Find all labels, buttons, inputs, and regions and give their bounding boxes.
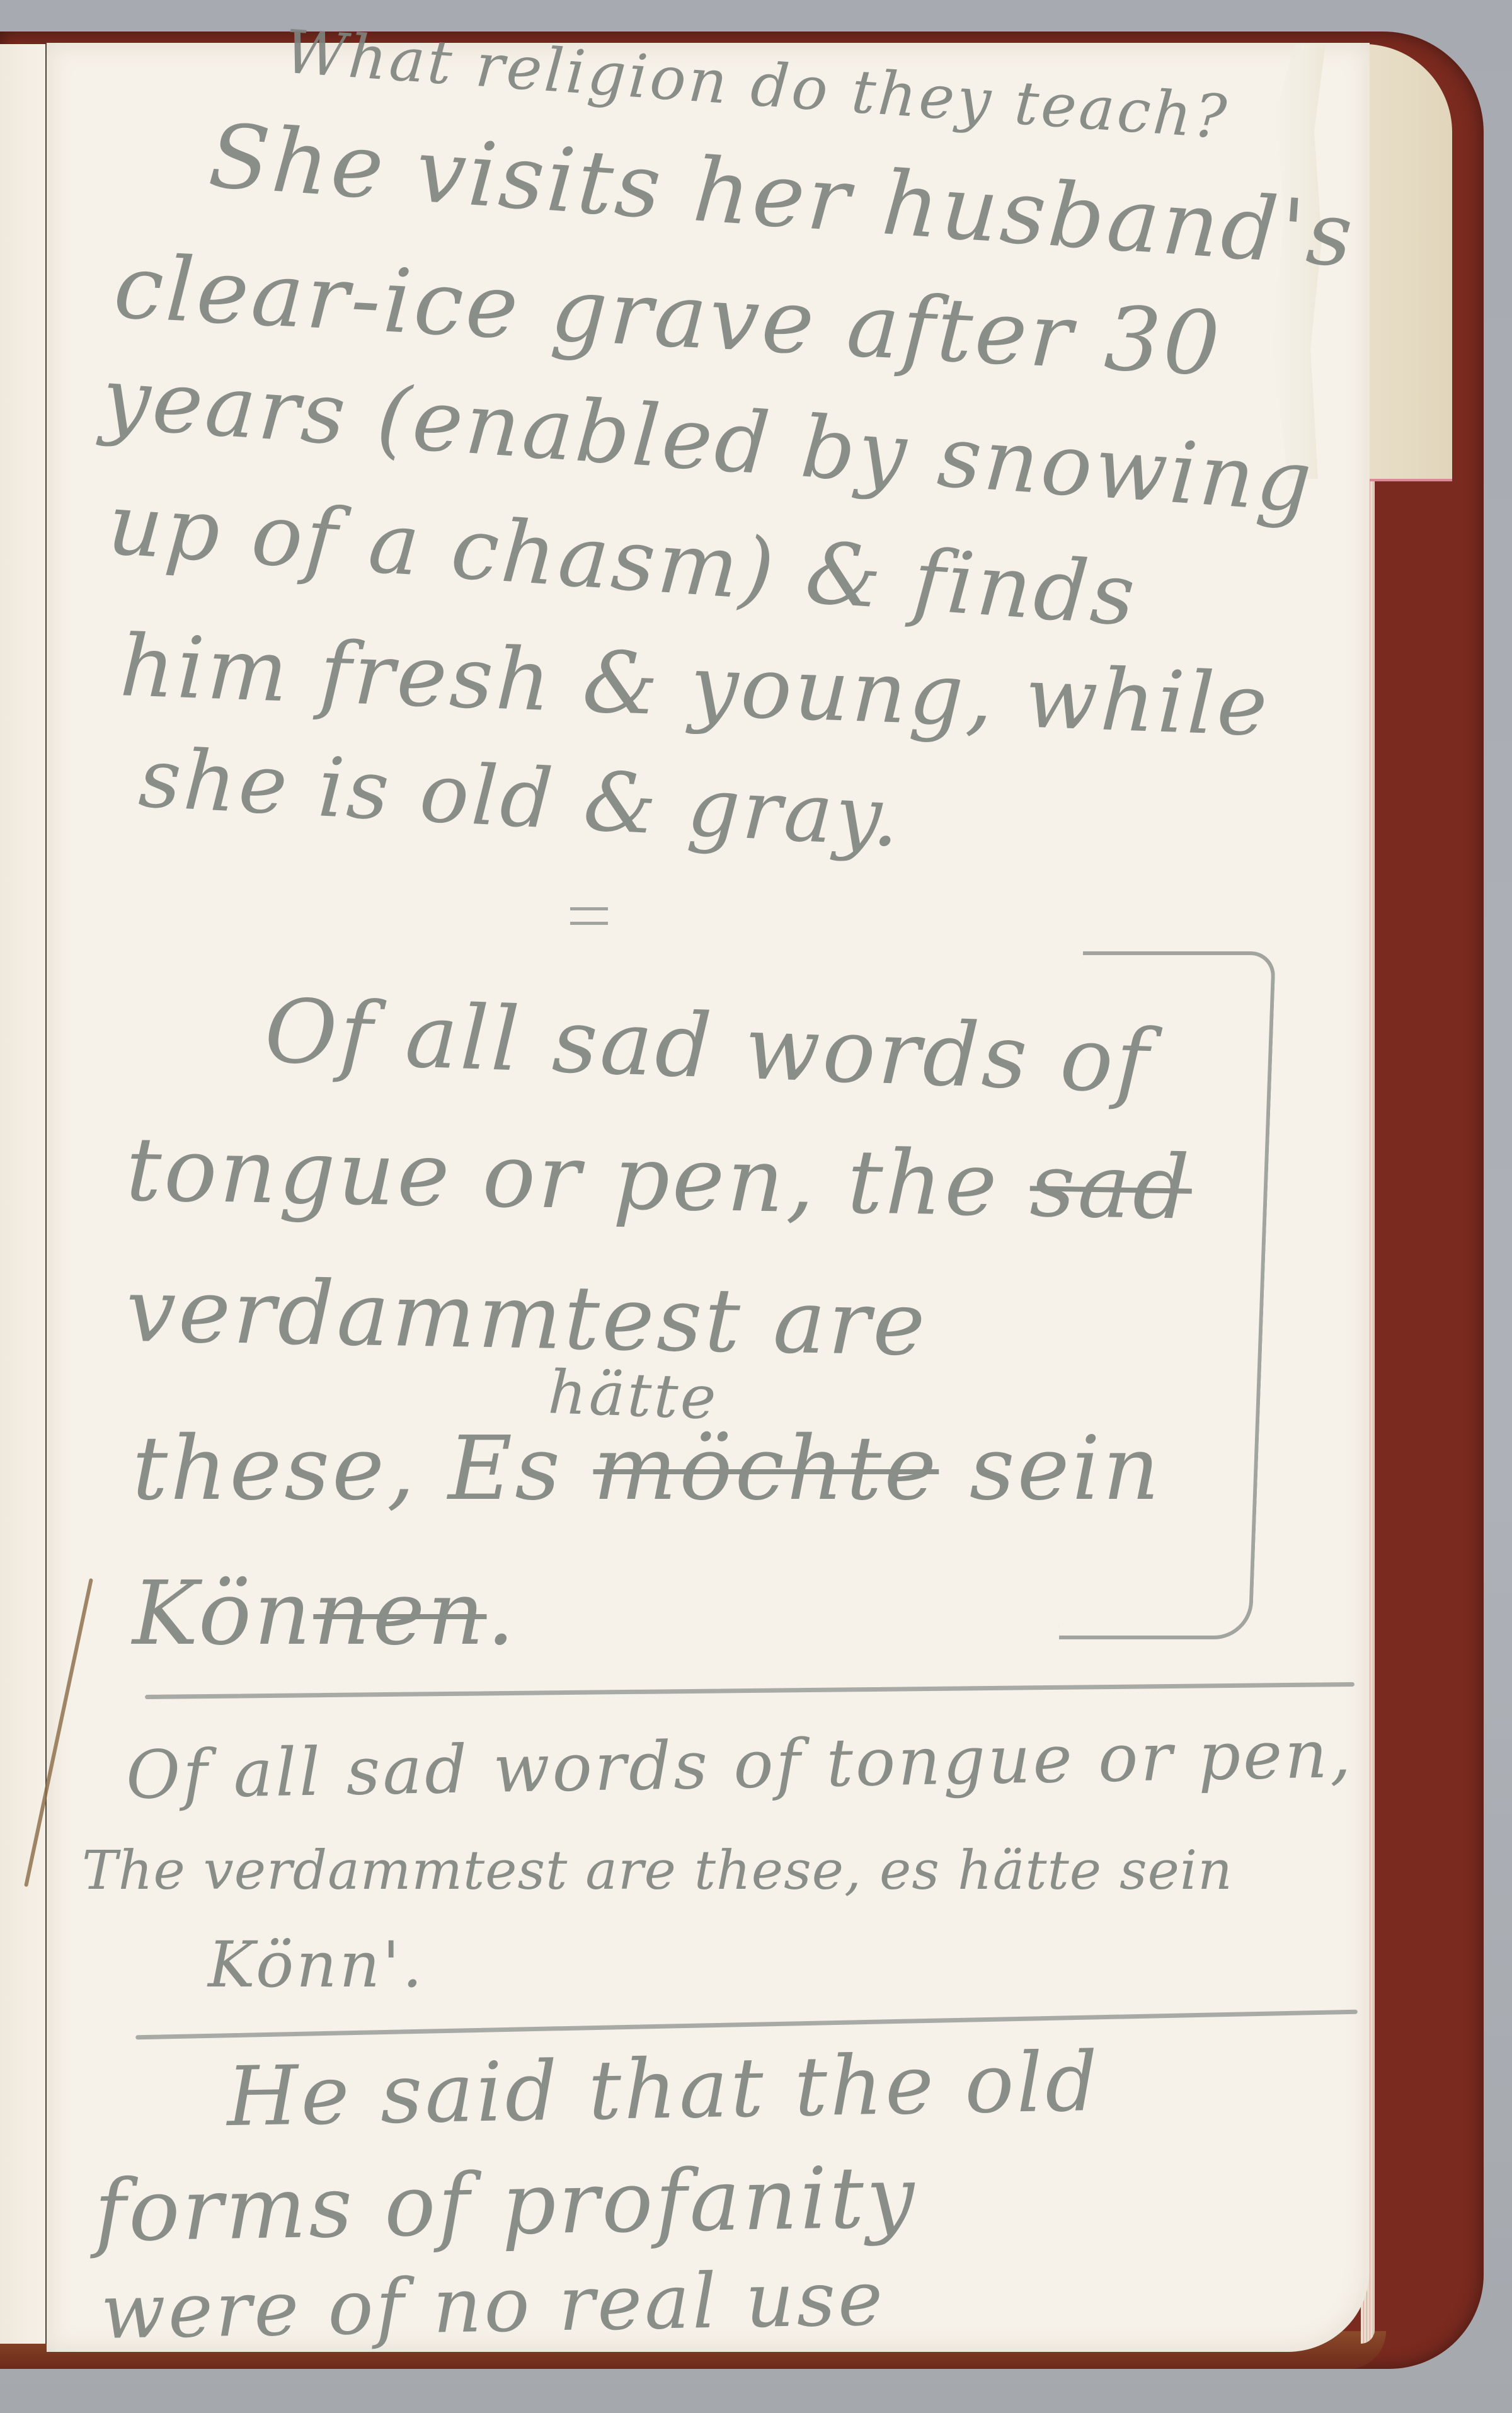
section2-line-2: tongue or pen, the sad <box>125 1118 1193 1240</box>
line-text: Kön <box>132 1562 313 1665</box>
section3-line-2: The verdammtest are these, es hätte sein <box>82 1840 1233 1902</box>
line-text: these, Es <box>132 1418 593 1520</box>
section2-line-5: Können. <box>132 1562 517 1665</box>
margin-bracket <box>1059 951 1276 1639</box>
line-text-after: . <box>486 1562 517 1665</box>
section4-line-1: He said that the old <box>226 2034 1101 2145</box>
section4-line-3: were of no real use <box>100 2255 886 2356</box>
struck-word: möchte <box>593 1418 939 1520</box>
struck-word: nen <box>313 1562 486 1665</box>
section3-line-3: Könn'. <box>208 1928 425 2002</box>
line-text: tongue or pen, the <box>125 1118 1031 1237</box>
separator-equals <box>570 907 608 925</box>
left-page-strip <box>0 44 47 2344</box>
section2-line-3: verdammtest are <box>125 1259 929 1376</box>
section4-line-2: forms of profanity <box>94 2148 918 2261</box>
section2-line-4: these, Es möchte sein <box>132 1418 1162 1520</box>
